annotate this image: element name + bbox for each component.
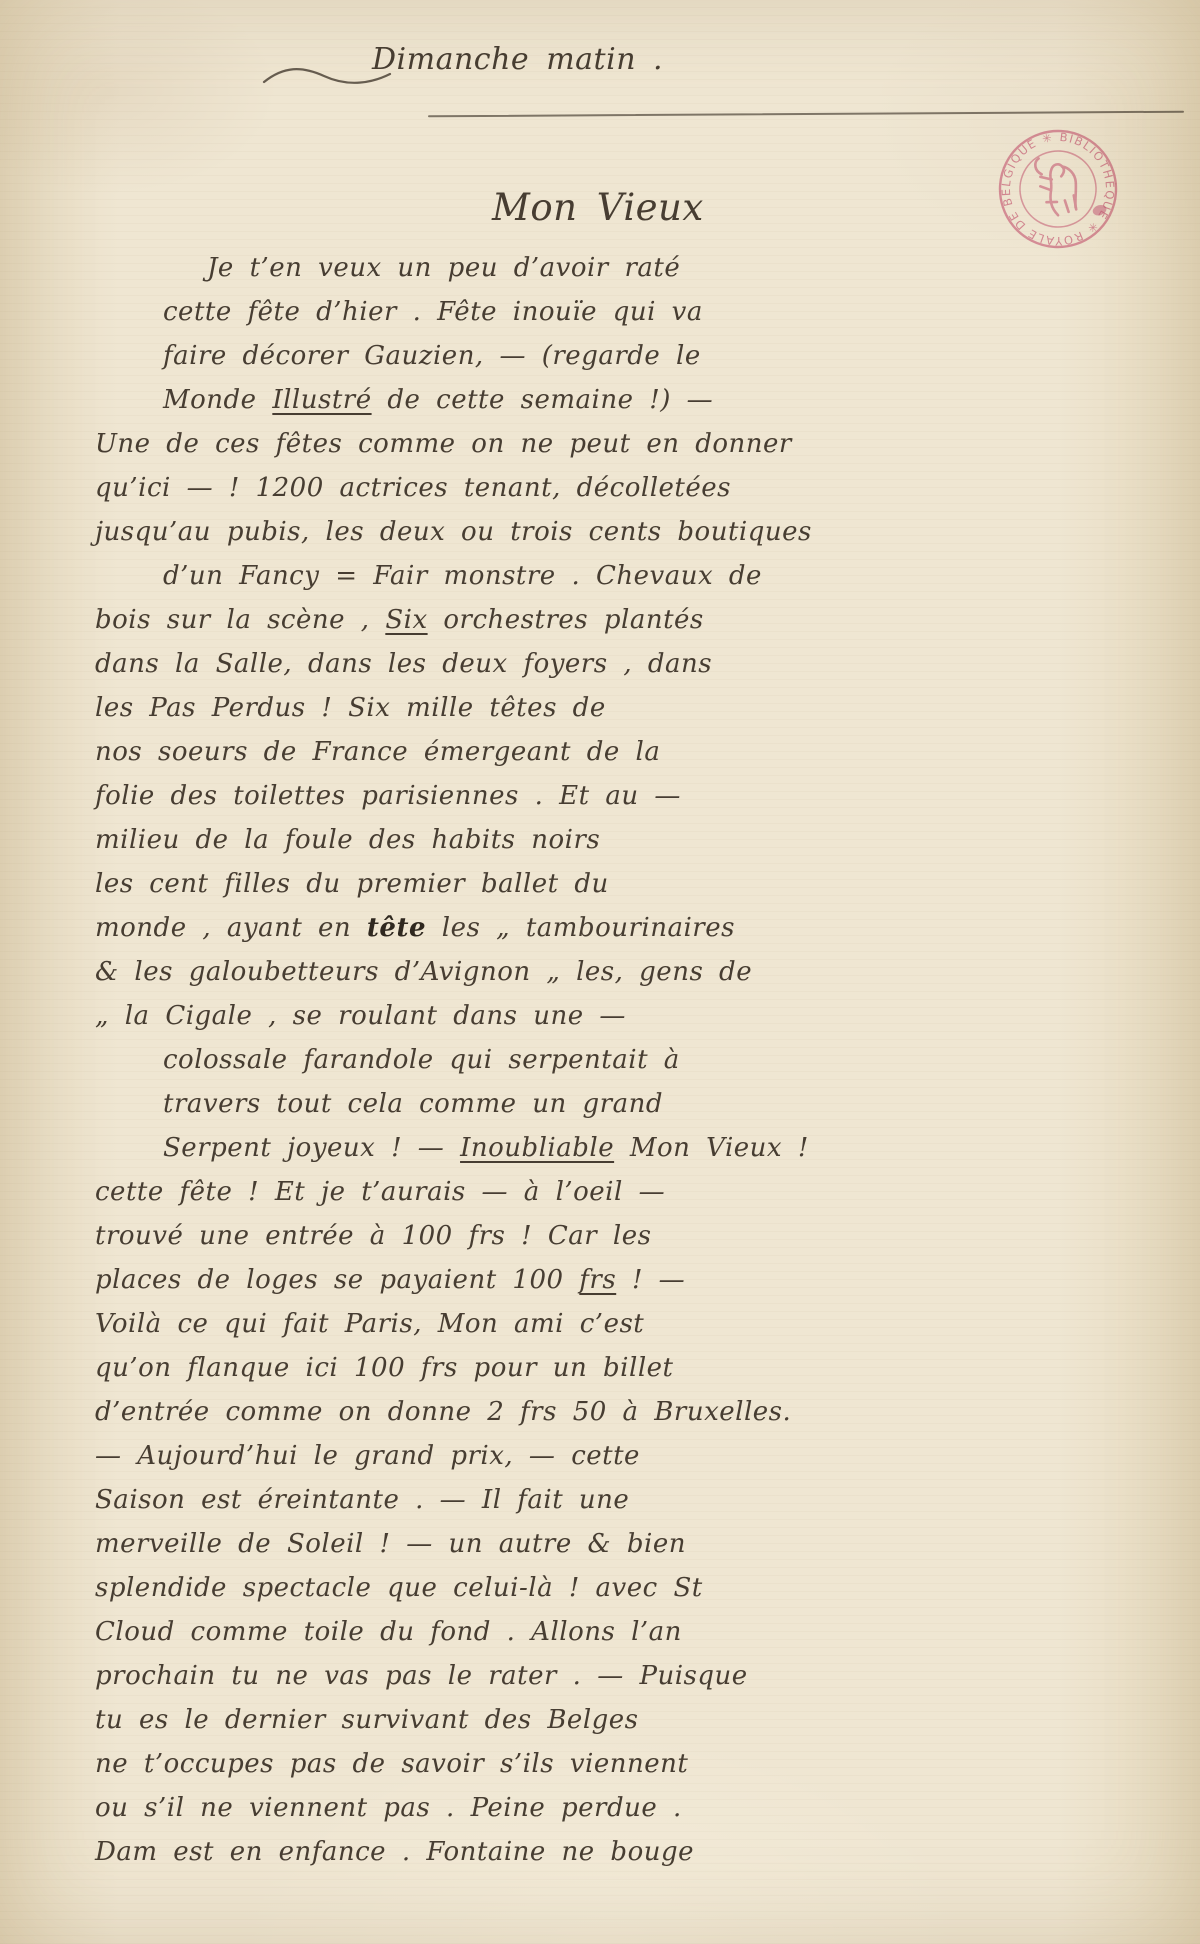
letter-line: ou s’il ne viennent pas . Peine perdue . <box>95 1786 1185 1830</box>
letter-line: faire décorer Gauzien, — (regarde le <box>95 334 1185 378</box>
letter-line: les cent filles du premier ballet du <box>95 862 1185 906</box>
letter-line: monde , ayant en tête les „ tambourinair… <box>95 906 1185 950</box>
letter-line: qu’ici — ! 1200 actrices tenant, décolle… <box>95 466 1185 510</box>
letter-salutation: Mon Vieux <box>492 186 704 229</box>
letter-line: Saison est éreintante . — Il fait une <box>95 1478 1185 1522</box>
letter-heading: Dimanche matin . <box>372 42 663 77</box>
letter-line: milieu de la foule des habits noirs <box>95 818 1185 862</box>
letter-line: travers tout cela comme un grand <box>95 1082 1185 1126</box>
letter-line: places de loges se payaient 100 frs ! — <box>95 1258 1185 1302</box>
letter-line: Je t’en veux un peu d’avoir raté <box>95 246 1185 290</box>
letter-line: dans la Salle, dans les deux foyers , da… <box>95 642 1185 686</box>
letter-line: — Aujourd’hui le grand prix, — cette <box>95 1434 1185 1478</box>
letter-line: merveille de Soleil ! — un autre & bien <box>95 1522 1185 1566</box>
letter-line: „ la Cigale , se roulant dans une — <box>95 994 1185 1038</box>
letter-line: Une de ces fêtes comme on ne peut en don… <box>95 422 1185 466</box>
letter-line: Cloud comme toile du fond . Allons l’an <box>95 1610 1185 1654</box>
letter-line: bois sur la scène , Six orchestres plant… <box>95 598 1185 642</box>
letter-line: prochain tu ne vas pas le rater . — Puis… <box>95 1654 1185 1698</box>
letter-line: trouvé une entrée à 100 frs ! Car les <box>95 1214 1185 1258</box>
letter-line: splendide spectacle que celui-là ! avec … <box>95 1566 1185 1610</box>
letter-line: Voilà ce qui fait Paris, Mon ami c’est <box>95 1302 1185 1346</box>
letter-line: les Pas Perdus ! Six mille têtes de <box>95 686 1185 730</box>
letter-line: cette fête ! Et je t’aurais — à l’oeil — <box>95 1170 1185 1214</box>
letter-line: ne t’occupes pas de savoir s’ils viennen… <box>95 1742 1185 1786</box>
letter-line: Serpent joyeux ! — Inoubliable Mon Vieux… <box>95 1126 1185 1170</box>
letter-line: qu’on flanque ici 100 frs pour un billet <box>95 1346 1185 1390</box>
letter-line: d’un Fancy = Fair monstre . Chevaux de <box>95 554 1185 598</box>
letter-line: d’entrée comme on donne 2 frs 50 à Bruxe… <box>95 1390 1185 1434</box>
letter-line: Dam est en enfance . Fontaine ne bouge <box>95 1830 1185 1874</box>
letter-line: nos soeurs de France émergeant de la <box>95 730 1185 774</box>
letter-line: folie des toilettes parisiennes . Et au … <box>95 774 1185 818</box>
lion-emblem-icon <box>1032 150 1084 218</box>
letter-line: jusqu’au pubis, les deux ou trois cents … <box>95 510 1185 554</box>
letter-line: colossale farandole qui serpentait à <box>95 1038 1185 1082</box>
letter-line: Monde Illustré de cette semaine !) — <box>95 378 1185 422</box>
letter-body: Je t’en veux un peu d’avoir ratécette fê… <box>95 246 1185 1874</box>
letter-line: & les galoubetteurs d’Avignon „ les, gen… <box>95 950 1185 994</box>
letter-line: tu es le dernier survivant des Belges <box>95 1698 1185 1742</box>
letter-line: cette fête d’hier . Fête inouïe qui va <box>95 290 1185 334</box>
